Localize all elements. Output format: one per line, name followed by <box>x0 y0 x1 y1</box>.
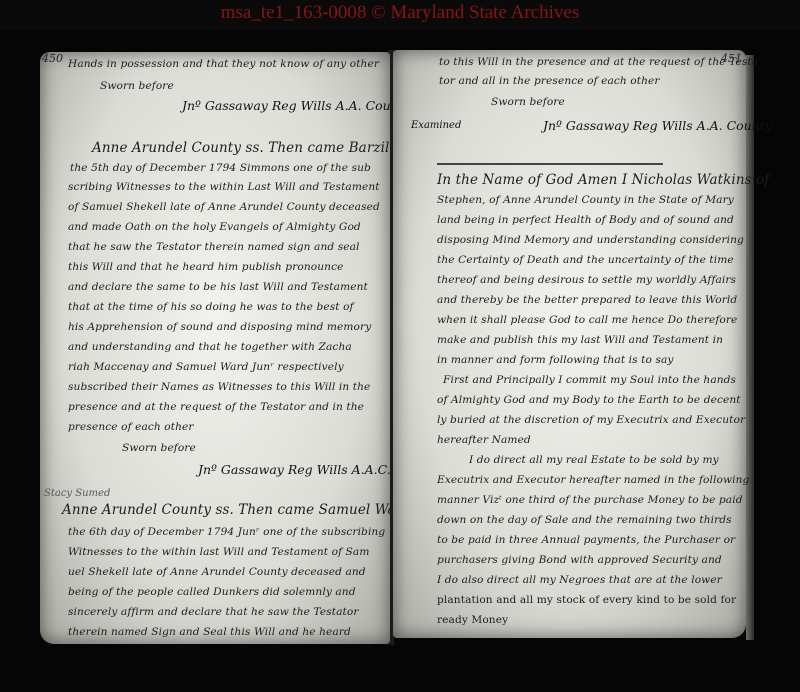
text-line: and declare the same to be his last Will… <box>68 281 368 293</box>
page-edge <box>746 55 754 640</box>
text-line: being of the people called Dunkers did s… <box>68 586 356 598</box>
text-line: and made Oath on the holy Evangels of Al… <box>68 221 361 233</box>
text-line: sincerely affirm and declare that he saw… <box>68 606 359 618</box>
archive-title: msa_te1_163-0008 © Maryland State Archiv… <box>221 2 579 23</box>
text-line: scribing Witnesses to the within Last Wi… <box>68 181 380 193</box>
text-line: that at the time of his so doing he was … <box>68 301 354 313</box>
text-line: his Apprehension of sound and disposing … <box>68 321 371 333</box>
sworn-before: Sworn before <box>100 80 174 92</box>
text-line: presence of each other <box>68 421 194 433</box>
margin-note: Stacy Sumed <box>44 488 110 499</box>
text-line: Hands in possession and that they not kn… <box>68 58 379 70</box>
text-line: Anne Arundel County ss. Then came Barzil… <box>92 140 406 156</box>
left-page: 450 Hands in possession and that they no… <box>40 52 390 644</box>
text-line: plantation and all my stock of every kin… <box>437 594 736 606</box>
text-line: presence and at the request of the Testa… <box>68 401 364 413</box>
page-number: 450 <box>42 52 63 65</box>
registrar-signature: Jnº Gassaway Reg Wills A.A. County <box>182 98 411 113</box>
text-line: subscribed their Names as Witnesses to t… <box>68 381 370 393</box>
text-line: of Samuel Shekell late of Anne Arundel C… <box>68 201 380 213</box>
text-line: Witnesses to the within last Will and Te… <box>68 546 369 558</box>
text-line: uel Shekell late of Anne Arundel County … <box>68 566 366 578</box>
archive-header: msa_te1_163-0008 © Maryland State Archiv… <box>0 0 800 30</box>
text-line: the 5th day of December 1794 Simmons one… <box>70 162 371 174</box>
registrar-signature: Jnº Gassaway Reg Wills A.A.C. <box>198 462 391 477</box>
text-line: therein named Sign and Seal this Will an… <box>68 626 351 638</box>
sworn-before: Sworn before <box>122 442 196 454</box>
text-line: ready Money <box>437 614 508 626</box>
text-line: the 6th day of December 1794 Junʳ one of… <box>68 526 385 538</box>
right-page-lower: plantation and all my stock of every kin… <box>393 50 746 638</box>
text-line: this Will and that he heard him publish … <box>68 261 343 273</box>
text-line: and understanding and that he together w… <box>68 341 352 353</box>
text-line: riah Maccenay and Samuel Ward Junʳ respe… <box>68 361 344 373</box>
text-line: Anne Arundel County ss. Then came Samuel… <box>62 502 411 518</box>
text-line: that he saw the Testator therein named s… <box>68 241 360 253</box>
